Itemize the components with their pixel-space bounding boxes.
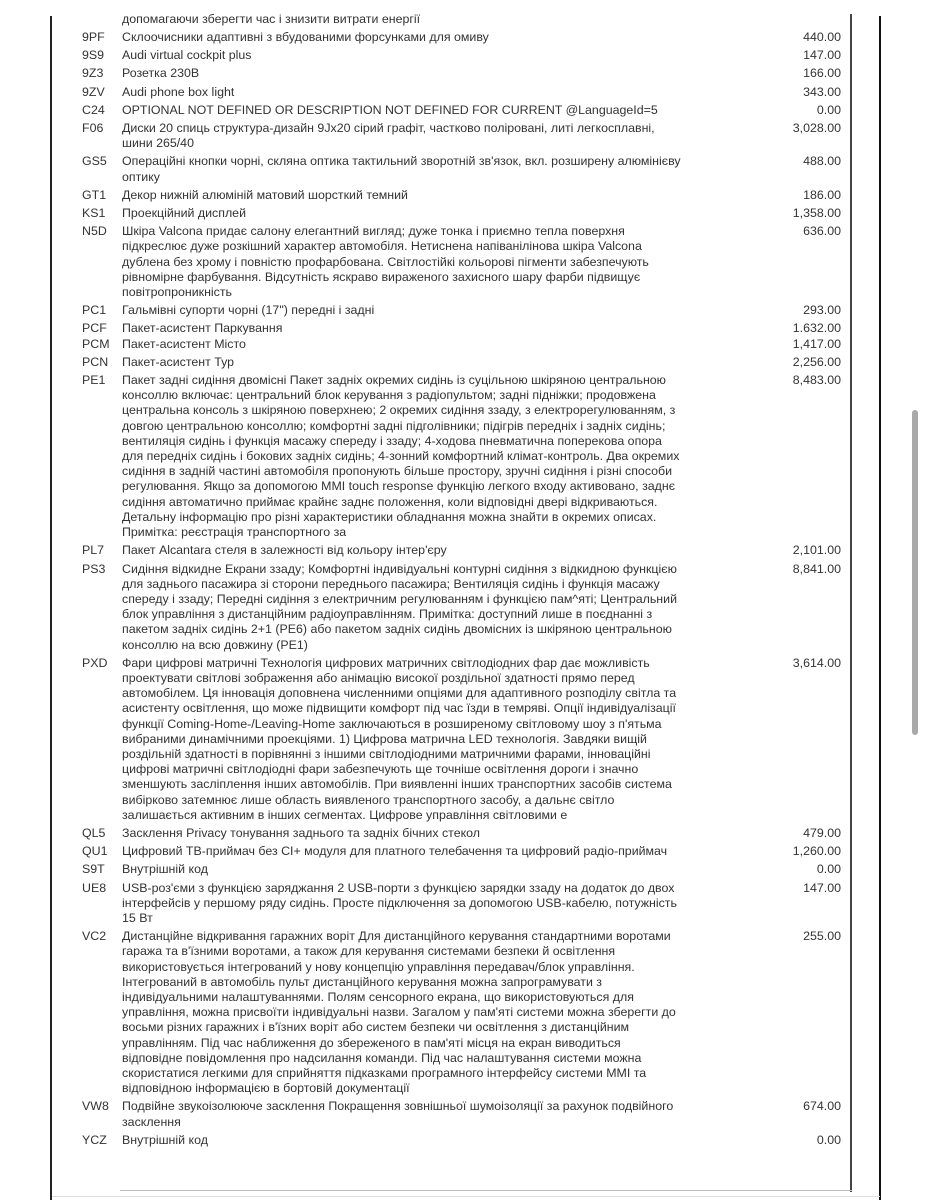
option-price: 8,483.00 bbox=[793, 373, 841, 388]
option-price: 0.00 bbox=[817, 862, 841, 877]
option-code: 9Z3 bbox=[82, 66, 122, 81]
option-row: PC1 Гальмівні супорти чорні (17") передн… bbox=[0, 303, 926, 318]
option-row: 9ZV Audi phone box light 343.00 bbox=[0, 85, 926, 100]
option-price: 1,260.00 bbox=[793, 844, 841, 859]
option-price: 674.00 bbox=[803, 1099, 841, 1114]
option-price: 1,358.00 bbox=[793, 206, 841, 221]
option-row: 9PF Склоочисники адаптивні з вбудованими… bbox=[0, 30, 926, 45]
option-price: 636.00 bbox=[803, 224, 841, 239]
option-code: S9T bbox=[82, 862, 122, 877]
option-row: PCM Пакет-асистент Місто 1,417.00 bbox=[0, 337, 926, 352]
option-description: Склоочисники адаптивні з вбудованими фор… bbox=[122, 30, 682, 45]
option-row: N5D Шкіра Valcona придає салону елегантн… bbox=[0, 224, 926, 300]
option-items: 9PF Склоочисники адаптивні з вбудованими… bbox=[0, 30, 926, 1148]
option-description: Пакет-асистент Місто bbox=[122, 337, 682, 352]
option-code: YCZ bbox=[82, 1133, 122, 1148]
option-description: Сидіння відкидне Екрани ззаду; Комфортні… bbox=[122, 562, 682, 653]
document-page: допомагаючи зберегти час і знизити витра… bbox=[0, 0, 926, 1200]
option-description: Внутрішній код bbox=[122, 1133, 682, 1148]
option-code: GS5 bbox=[82, 154, 122, 169]
option-row: PCN Пакет-асистент Тур 2,256.00 bbox=[0, 355, 926, 370]
option-price: 293.00 bbox=[803, 303, 841, 318]
option-description: Декор нижній алюміній матовий шорсткий т… bbox=[122, 188, 682, 203]
option-row: UE8 USB-роз'єми з функцією заряджання 2 … bbox=[0, 881, 926, 927]
option-row: PCF Пакет-асистент Паркування 1.632.00 bbox=[0, 321, 926, 336]
option-price: 2,256.00 bbox=[793, 355, 841, 370]
option-description: Дистанційне відкривання гаражних воріт Д… bbox=[122, 929, 682, 1096]
option-price: 3,614.00 bbox=[793, 656, 841, 671]
option-description: Шкіра Valcona придає салону елегантний в… bbox=[122, 224, 682, 300]
option-price: 147.00 bbox=[803, 48, 841, 63]
option-price: 3,028.00 bbox=[793, 121, 841, 136]
option-description: Пакет Alcantara стеля в залежності від к… bbox=[122, 543, 682, 558]
option-description: Проекційний дисплей bbox=[122, 206, 682, 221]
option-code: 9S9 bbox=[82, 48, 122, 63]
option-description: Audi phone box light bbox=[122, 85, 682, 100]
option-description: Розетка 230В bbox=[122, 66, 682, 81]
option-description: Операційні кнопки чорні, скляна оптика т… bbox=[122, 154, 682, 184]
option-price: 1,417.00 bbox=[793, 337, 841, 352]
option-row: VW8 Подвійне звукоізолююче засклення Пок… bbox=[0, 1099, 926, 1129]
option-price: 1.632.00 bbox=[793, 321, 841, 336]
option-code: PCM bbox=[82, 337, 122, 352]
option-code: PC1 bbox=[82, 303, 122, 318]
option-row: PE1 Пакет задні сидіння двомісні Пакет з… bbox=[0, 373, 926, 540]
continued-description: допомагаючи зберегти час і знизити витра… bbox=[122, 12, 926, 30]
option-code: N5D bbox=[82, 224, 122, 239]
option-description: Фари цифрові матричні Технологія цифрови… bbox=[122, 656, 682, 823]
option-row: PS3 Сидіння відкидне Екрани ззаду; Комфо… bbox=[0, 562, 926, 653]
option-row: S9T Внутрішній код 0.00 bbox=[0, 862, 926, 877]
option-code: VC2 bbox=[82, 929, 122, 944]
option-code: PCN bbox=[82, 355, 122, 370]
option-description: Диски 20 спиць структура-дизайн 9Jx20 сі… bbox=[122, 121, 682, 151]
option-code: PXD bbox=[82, 656, 122, 671]
option-code: UE8 bbox=[82, 881, 122, 896]
option-price: 186.00 bbox=[803, 188, 841, 203]
option-price: 8,841.00 bbox=[793, 562, 841, 577]
option-code: PE1 bbox=[82, 373, 122, 388]
option-code: PL7 bbox=[82, 543, 122, 558]
option-description: Audi virtual cockpit plus bbox=[122, 48, 682, 63]
option-row: F06 Диски 20 спиць структура-дизайн 9Jx2… bbox=[0, 121, 926, 151]
option-row: GS5 Операційні кнопки чорні, скляна опти… bbox=[0, 154, 926, 184]
option-row: PL7 Пакет Alcantara стеля в залежності в… bbox=[0, 543, 926, 558]
option-code: 9PF bbox=[82, 30, 122, 45]
option-code: KS1 bbox=[82, 206, 122, 221]
option-code: GT1 bbox=[82, 188, 122, 203]
option-description: Цифровий ТВ-приймач без CI+ модуля для п… bbox=[122, 844, 682, 859]
option-row: QL5 Засклення Privacy тонування заднього… bbox=[0, 826, 926, 841]
option-code: QU1 bbox=[82, 844, 122, 859]
option-row: GT1 Декор нижній алюміній матовий шорстк… bbox=[0, 188, 926, 203]
option-price: 0.00 bbox=[817, 103, 841, 118]
option-price: 166.00 bbox=[803, 66, 841, 81]
option-price: 147.00 bbox=[803, 881, 841, 896]
option-price: 0.00 bbox=[817, 1133, 841, 1148]
option-description: Пакет задні сидіння двомісні Пакет задні… bbox=[122, 373, 682, 540]
option-description: Подвійне звукоізолююче засклення Покраще… bbox=[122, 1099, 682, 1129]
option-description: USB-роз'єми з функцією заряджання 2 USB-… bbox=[122, 881, 682, 927]
option-price: 2,101.00 bbox=[793, 543, 841, 558]
options-list: допомагаючи зберегти час і знизити витра… bbox=[0, 12, 926, 1151]
option-code: C24 bbox=[82, 103, 122, 118]
option-row: 9S9 Audi virtual cockpit plus 147.00 bbox=[0, 48, 926, 63]
option-description: Засклення Privacy тонування заднього та … bbox=[122, 826, 682, 841]
option-code: QL5 bbox=[82, 826, 122, 841]
option-description: Пакет-асистент Паркування bbox=[122, 321, 682, 336]
option-row: C24 OPTIONAL NOT DEFINED OR DESCRIPTION … bbox=[0, 103, 926, 118]
option-price: 479.00 bbox=[803, 826, 841, 841]
option-price: 440.00 bbox=[803, 30, 841, 45]
option-description: OPTIONAL NOT DEFINED OR DESCRIPTION NOT … bbox=[122, 103, 682, 118]
option-code: PS3 bbox=[82, 562, 122, 577]
option-description: Пакет-асистент Тур bbox=[122, 355, 682, 370]
option-code: VW8 bbox=[82, 1099, 122, 1114]
option-row: QU1 Цифровий ТВ-приймач без CI+ модуля д… bbox=[0, 844, 926, 859]
option-row: KS1 Проекційний дисплей 1,358.00 bbox=[0, 206, 926, 221]
option-price: 255.00 bbox=[803, 929, 841, 944]
option-description: Гальмівні супорти чорні (17") передні і … bbox=[122, 303, 682, 318]
option-code: F06 bbox=[82, 121, 122, 136]
option-price: 343.00 bbox=[803, 85, 841, 100]
table-bottom-rule bbox=[120, 1190, 852, 1191]
option-code: PCF bbox=[82, 321, 122, 336]
option-code: 9ZV bbox=[82, 85, 122, 100]
option-row: VC2 Дистанційне відкривання гаражних вор… bbox=[0, 929, 926, 1096]
option-row: 9Z3 Розетка 230В 166.00 bbox=[0, 66, 926, 81]
option-description: Внутрішній код bbox=[122, 862, 682, 877]
option-row: YCZ Внутрішній код 0.00 bbox=[0, 1133, 926, 1148]
option-price: 488.00 bbox=[803, 154, 841, 169]
option-row: PXD Фари цифрові матричні Технологія циф… bbox=[0, 656, 926, 823]
page-bottom-rule bbox=[52, 1196, 880, 1197]
